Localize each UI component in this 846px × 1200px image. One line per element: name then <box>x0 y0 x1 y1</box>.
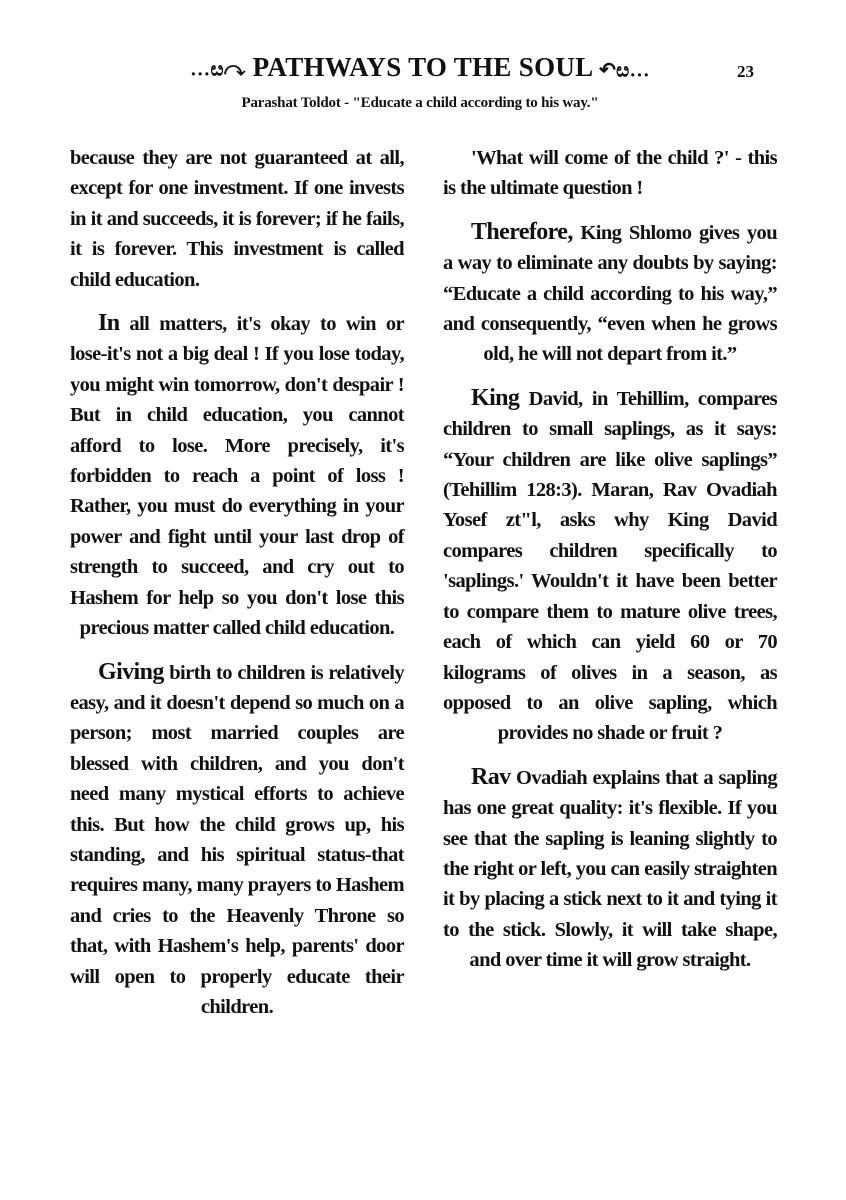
paragraph-text: Ovadiah explains that a sapling has one … <box>443 767 777 971</box>
paragraph: Therefore, King Shlomo gives you a way t… <box>443 217 777 370</box>
paragraph: In all matters, it's okay to win or lose… <box>70 308 404 643</box>
paragraph-text: David, in Tehillim, compares children to… <box>443 388 777 744</box>
page-number: 23 <box>737 62 754 82</box>
flourish-left-icon: …ೞ↷ <box>190 58 245 80</box>
paragraph-text: all matters, it's okay to win or lose-it… <box>70 313 404 639</box>
paragraph-lead-word: Therefore, <box>471 219 573 245</box>
paragraph-lead-word: In <box>98 310 120 336</box>
paragraph-text: birth to children is relatively easy, an… <box>70 662 404 1018</box>
chapter-subtitle: Parashat Toldot - "Educate a child accor… <box>120 95 720 112</box>
paragraph-lead-word: King <box>471 385 519 411</box>
paragraph: 'What will come of the child ?' - this i… <box>443 143 777 204</box>
paragraph: because they are not guaranteed at all, … <box>70 143 404 295</box>
running-header: …ೞ↷ PATHWAYS TO THE SOUL ↶ೞ… <box>120 52 720 83</box>
paragraph-lead-word: Rav <box>471 764 511 790</box>
paragraph-text: 'What will come of the child ?' - this i… <box>443 147 777 199</box>
paragraph-lead-word: Giving <box>98 659 164 685</box>
paragraph: King David, in Tehillim, compares childr… <box>443 383 777 749</box>
paragraph: Rav Ovadiah explains that a sapling has … <box>443 762 777 976</box>
flourish-right-icon: ↶ೞ… <box>599 59 650 81</box>
paragraph-text: because they are not guaranteed at all, … <box>70 147 404 291</box>
right-column: 'What will come of the child ?' - this i… <box>443 143 777 989</box>
book-title: PATHWAYS TO THE SOUL <box>253 52 592 82</box>
left-column: because they are not guaranteed at all, … <box>70 143 404 1035</box>
paragraph: Giving birth to children is relatively e… <box>70 657 404 1023</box>
